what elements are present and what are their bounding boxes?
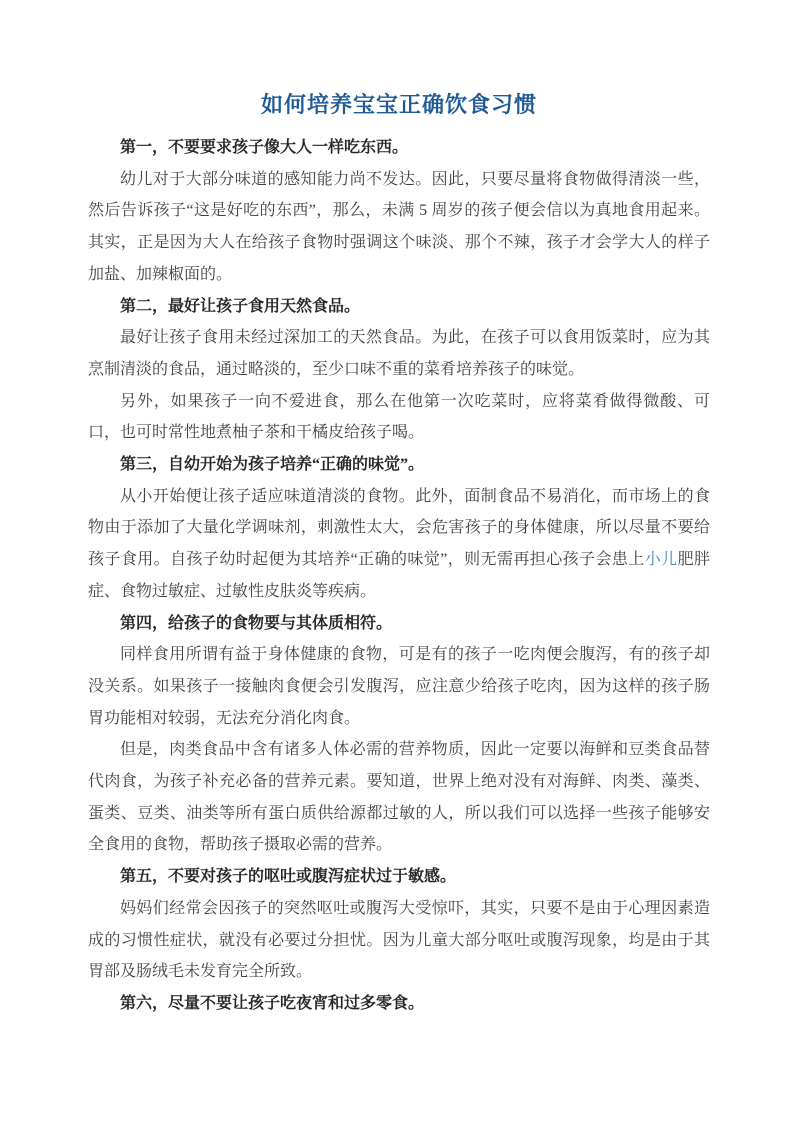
text-run: 妈妈们经常会因孩子的突然呕吐或腹泻大受惊吓，其实，只要不是由于心理因素造成的习惯… [88,900,710,980]
section-heading: 第三，自幼开始为孩子培养“正确的味觉”。 [88,449,710,481]
section-heading: 第二，最好让孩子食用天然食品。 [88,291,710,323]
text-run: 从小开始便让孩子适应味道清淡的食物。此外，面制食品不易消化，而市场上的食物由于添… [88,488,710,568]
section-heading: 第六，尽量不要让孩子吃夜宵和过多零食。 [88,988,710,1020]
paragraph: 从小开始便让孩子适应味道清淡的食物。此外，面制食品不易消化，而市场上的食物由于添… [88,481,710,608]
section-heading: 第一，不要要求孩子像大人一样吃东西。 [88,132,710,164]
inline-link[interactable]: 小儿 [645,551,678,568]
paragraph: 另外，如果孩子一向不爱进食，那么在他第一次吃菜时，应将菜肴做得微酸、可口，也可时… [88,386,710,449]
text-run: 另外，如果孩子一向不爱进食，那么在他第一次吃菜时，应将菜肴做得微酸、可口，也可时… [88,393,710,442]
document-body: 第一，不要要求孩子像大人一样吃东西。幼儿对于大部分味道的感知能力尚不发达。因此，… [88,132,710,1020]
section-heading: 第四，给孩子的食物要与其体质相符。 [88,608,710,640]
text-run: 同样食用所谓有益于身体健康的食物，可是有的孩子一吃肉便会腹泻，有的孩子却没关系。… [88,646,710,726]
paragraph: 幼儿对于大部分味道的感知能力尚不发达。因此，只要尽量将食物做得清淡一些，然后告诉… [88,164,710,291]
text-run: 但是，肉类食品中含有诸多人体必需的营养物质，因此一定要以海鲜和豆类食品替代肉食，… [88,741,710,853]
section-heading: 第五，不要对孩子的呕吐或腹泻症状过于敏感。 [88,861,710,893]
paragraph: 同样食用所谓有益于身体健康的食物，可是有的孩子一吃肉便会腹泻，有的孩子却没关系。… [88,639,710,734]
text-run: 幼儿对于大部分味道的感知能力尚不发达。因此，只要尽量将食物做得清淡一些，然后告诉… [88,171,710,283]
text-run: 最好让孩子食用未经过深加工的天然食品。为此，在孩子可以食用饭菜时，应为其烹制清淡… [88,329,710,378]
paragraph: 最好让孩子食用未经过深加工的天然食品。为此，在孩子可以食用饭菜时，应为其烹制清淡… [88,322,710,385]
document-page: 如何培养宝宝正确饮食习惯 第一，不要要求孩子像大人一样吃东西。幼儿对于大部分味道… [0,0,793,1122]
document-title: 如何培养宝宝正确饮食习惯 [88,88,710,122]
paragraph: 妈妈们经常会因孩子的突然呕吐或腹泻大受惊吓，其实，只要不是由于心理因素造成的习惯… [88,893,710,988]
paragraph: 但是，肉类食品中含有诸多人体必需的营养物质，因此一定要以海鲜和豆类食品替代肉食，… [88,734,710,861]
